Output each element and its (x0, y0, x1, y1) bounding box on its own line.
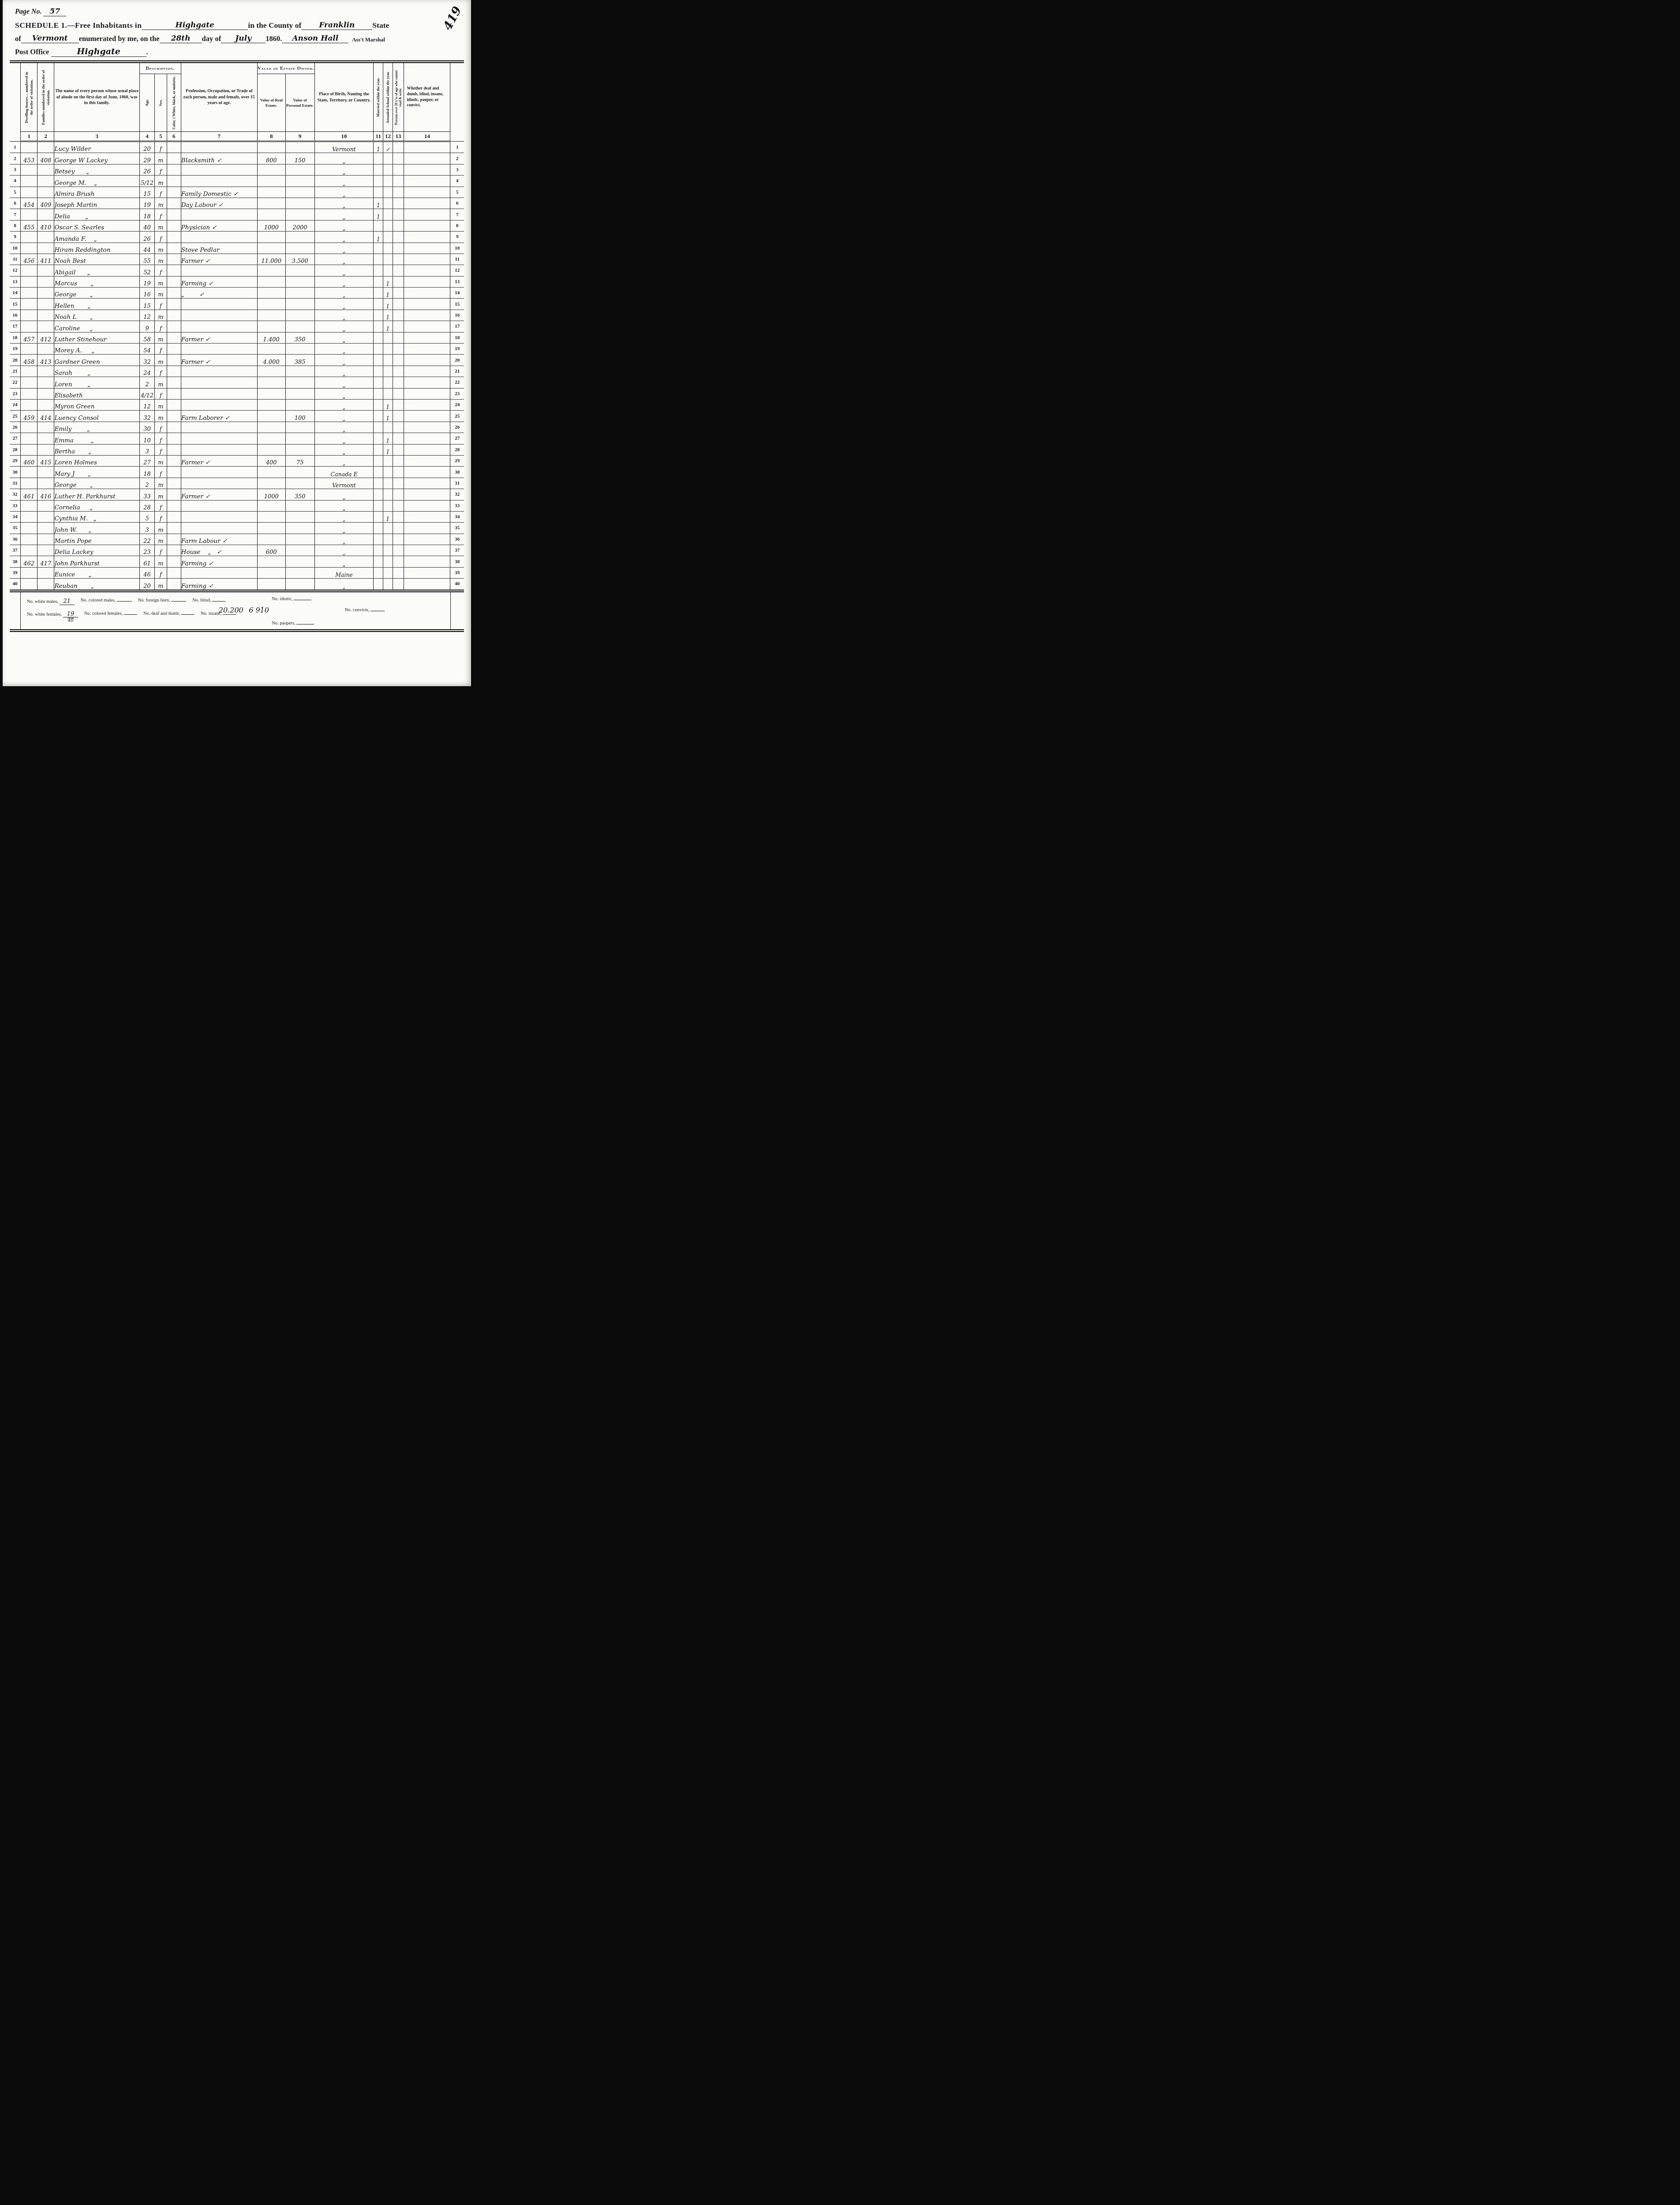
cell-color (167, 399, 181, 410)
cell-married-within-year (374, 265, 383, 276)
row-number-left: 21 (10, 366, 21, 377)
page-no-value: 57 (43, 7, 66, 16)
col-header-cannot-read: Persons over 20 y'rs of age who cannot r… (393, 62, 404, 132)
row-number-right: 38 (450, 556, 464, 567)
cell-birthplace: Maine (314, 567, 374, 578)
cell-birthplace: „ (314, 579, 374, 591)
table-row: 14 George „ 16 m „ ✓ „ 1 14 (10, 288, 464, 299)
cell-birthplace: „ (314, 209, 374, 220)
row-number-left: 27 (10, 433, 21, 444)
cell-color (167, 567, 181, 578)
cell-remarks (404, 556, 450, 567)
cell-married-within-year (374, 164, 383, 175)
cell-family-number (37, 567, 54, 578)
row-number-left: 22 (10, 377, 21, 388)
cell-attended-school (383, 164, 393, 175)
cell-dwelling-number: 457 (21, 332, 37, 343)
cell-real-estate-value: 11.000 (257, 254, 285, 265)
cell-family-number (37, 209, 54, 220)
persons-total-value: 40 (67, 618, 73, 623)
state-value: Vermont (21, 34, 79, 43)
day-value: 28th (160, 34, 202, 43)
cell-person-name: Cornelia „ (54, 500, 140, 511)
cell-age: 20 (140, 142, 155, 153)
cell-married-within-year (374, 377, 383, 388)
cell-cannot-read-write (393, 579, 404, 591)
cell-color (167, 511, 181, 522)
census-document-paper: 419 Page No. 57 SCHEDULE 1.—Free Inhabit… (3, 0, 471, 686)
cell-birthplace: „ (314, 220, 374, 231)
row-number-left: 11 (10, 254, 21, 265)
cell-sex: m (155, 478, 167, 489)
cell-person-name: Morey A. „ (54, 344, 140, 355)
cell-sex: m (155, 310, 167, 321)
cell-married-within-year (374, 220, 383, 231)
cell-sex: f (155, 142, 167, 153)
cell-real-estate-value: 800 (257, 153, 285, 164)
row-number-right: 37 (450, 545, 464, 556)
cell-attended-school (383, 478, 393, 489)
cell-sex: f (155, 444, 167, 455)
cell-age: 26 (140, 164, 155, 175)
cell-person-name: Gardner Green (54, 355, 140, 366)
col-header-age: Age. (140, 74, 155, 132)
cell-dwelling-number (21, 579, 37, 591)
row-number-right: 12 (450, 265, 464, 276)
row-number-right: 4 (450, 176, 464, 187)
cell-birthplace: „ (314, 433, 374, 444)
deaf-dumb-label: No. deaf and dumb, (143, 611, 180, 616)
cell-occupation (181, 433, 257, 444)
cell-family-number: 410 (37, 220, 54, 231)
cell-dwelling-number (21, 299, 37, 310)
cell-sex: m (155, 455, 167, 466)
cell-birthplace: „ (314, 534, 374, 545)
cell-married-within-year: 1 (374, 209, 383, 220)
cell-remarks (404, 164, 450, 175)
cell-sex: f (155, 164, 167, 175)
cell-married-within-year (374, 355, 383, 366)
cell-personal-estate-value: 2000 (285, 220, 314, 231)
cell-dwelling-number (21, 545, 37, 556)
row-number-right: 9 (450, 232, 464, 243)
cell-person-name: Loren Holmes (54, 455, 140, 466)
foreign-born-label: No. foreign born, (138, 598, 170, 603)
cell-age: 3 (140, 523, 155, 534)
cell-color (167, 209, 181, 220)
cell-real-estate-value (257, 265, 285, 276)
cell-occupation: Farmer ✓ (181, 489, 257, 500)
cell-married-within-year (374, 489, 383, 500)
post-office-value: Highgate (51, 47, 146, 57)
cell-personal-estate-value (285, 567, 314, 578)
cell-person-name: George M. „ (54, 176, 140, 187)
cell-real-estate-value (257, 276, 285, 287)
cell-married-within-year (374, 567, 383, 578)
cell-remarks (404, 243, 450, 254)
schedule-label: SCHEDULE 1.—Free Inhabitants in (15, 21, 142, 30)
colored-females-label: No. colored females, (84, 611, 123, 616)
cell-dwelling-number (21, 265, 37, 276)
cell-person-name: George „ (54, 288, 140, 299)
cell-person-name: Noah L „ (54, 310, 140, 321)
cell-dwelling-number (21, 500, 37, 511)
row-number-left: 3 (10, 164, 21, 175)
cell-attended-school (383, 355, 393, 366)
cell-family-number (37, 534, 54, 545)
row-number-left: 37 (10, 545, 21, 556)
cell-attended-school: 1 (383, 399, 393, 410)
cell-remarks (404, 332, 450, 343)
cell-occupation: House „ ✓ (181, 545, 257, 556)
col-no-3: 3 (54, 132, 140, 142)
cell-person-name: Emma „ (54, 433, 140, 444)
cell-sex: f (155, 388, 167, 399)
cell-sex: m (155, 534, 167, 545)
cell-personal-estate-value (285, 344, 314, 355)
row-number-right: 32 (450, 489, 464, 500)
cell-birthplace: „ (314, 511, 374, 522)
cell-real-estate-value (257, 467, 285, 478)
white-males-label: No. white males, (27, 599, 58, 604)
cell-birthplace: „ (314, 355, 374, 366)
cell-remarks (404, 142, 450, 153)
cell-age: 12 (140, 399, 155, 410)
cell-personal-estate-value: 350 (285, 332, 314, 343)
row-number-right: 24 (450, 399, 464, 410)
cell-dwelling-number (21, 310, 37, 321)
cell-dwelling-number: 456 (21, 254, 37, 265)
cell-remarks (404, 500, 450, 511)
cell-cannot-read-write (393, 254, 404, 265)
cell-real-estate-value (257, 511, 285, 522)
cell-sex: m (155, 276, 167, 287)
cell-personal-estate-value (285, 209, 314, 220)
cell-occupation (181, 344, 257, 355)
cell-family-number: 417 (37, 556, 54, 567)
cell-personal-estate-value: 385 (285, 355, 314, 366)
cell-married-within-year (374, 556, 383, 567)
cell-attended-school: 1 (383, 433, 393, 444)
cell-remarks (404, 276, 450, 287)
cell-occupation: Stove Pedlar (181, 243, 257, 254)
cell-occupation (181, 444, 257, 455)
cell-age: 9 (140, 321, 155, 332)
cell-remarks (404, 467, 450, 478)
cell-attended-school: 1 (383, 276, 393, 287)
header-right-gutter (450, 62, 464, 142)
cell-attended-school (383, 254, 393, 265)
cell-family-number (37, 232, 54, 243)
cell-person-name: Luther H. Parkhurst (54, 489, 140, 500)
cell-sex: f (155, 265, 167, 276)
cell-color (167, 455, 181, 466)
cell-person-name: Abigail „ (54, 265, 140, 276)
row-number-left: 18 (10, 332, 21, 343)
col-header-married: Married within the year. (374, 62, 383, 132)
cell-personal-estate-value (285, 478, 314, 489)
col-no-8: 8 (257, 132, 285, 142)
cell-personal-estate-value (285, 399, 314, 410)
cell-cannot-read-write (393, 209, 404, 220)
cell-married-within-year (374, 176, 383, 187)
cell-cannot-read-write (393, 243, 404, 254)
cell-dwelling-number (21, 511, 37, 522)
cell-married-within-year (374, 467, 383, 478)
cell-family-number (37, 523, 54, 534)
cell-color (167, 288, 181, 299)
cell-married-within-year (374, 545, 383, 556)
row-number-left: 28 (10, 444, 21, 455)
cell-remarks (404, 254, 450, 265)
cell-sex: f (155, 467, 167, 478)
row-number-left: 32 (10, 489, 21, 500)
cell-birthplace: „ (314, 455, 374, 466)
row-number-right: 39 (450, 567, 464, 578)
cell-married-within-year (374, 478, 383, 489)
cell-person-name: Emily „ (54, 422, 140, 433)
cell-sex: m (155, 556, 167, 567)
cell-color (167, 187, 181, 198)
cell-age: 10 (140, 433, 155, 444)
cell-dwelling-number (21, 232, 37, 243)
cell-attended-school (383, 422, 393, 433)
cell-family-number (37, 579, 54, 591)
cell-personal-estate-value (285, 310, 314, 321)
cell-married-within-year (374, 388, 383, 399)
row-number-right: 3 (450, 164, 464, 175)
cell-color (167, 232, 181, 243)
blind-label: No. blind, (192, 598, 211, 603)
cell-real-estate-value (257, 478, 285, 489)
cell-occupation: Farming ✓ (181, 556, 257, 567)
cell-remarks (404, 511, 450, 522)
cell-attended-school (383, 220, 393, 231)
cell-sex: f (155, 545, 167, 556)
row-number-right: 5 (450, 187, 464, 198)
cell-occupation (181, 366, 257, 377)
cell-cannot-read-write (393, 220, 404, 231)
cell-sex: m (155, 411, 167, 422)
cell-color (167, 310, 181, 321)
cell-personal-estate-value (285, 422, 314, 433)
table-row: 10 Hiram Reddington 44 m Stove Pedlar „ … (10, 243, 464, 254)
cell-color (167, 523, 181, 534)
cell-birthplace: „ (314, 310, 374, 321)
col-no-6: 6 (167, 132, 181, 142)
table-row: 30 Mary J „ 18 f Canada E 30 (10, 467, 464, 478)
cell-occupation: Farm Labour ✓ (181, 534, 257, 545)
cell-occupation: Day Labour ✓ (181, 198, 257, 209)
cell-married-within-year (374, 187, 383, 198)
cell-cannot-read-write (393, 355, 404, 366)
cell-remarks (404, 321, 450, 332)
row-number-left: 31 (10, 478, 21, 489)
cell-attended-school (383, 556, 393, 567)
cell-family-number (37, 187, 54, 198)
row-number-right: 27 (450, 433, 464, 444)
row-number-left: 25 (10, 411, 21, 422)
table-row: 36 Martin Pope 22 m Farm Labour ✓ „ 36 (10, 534, 464, 545)
cell-color (167, 478, 181, 489)
cell-occupation: „ ✓ (181, 288, 257, 299)
marshal-title-label: Ass't Marshal (352, 37, 385, 43)
cell-remarks (404, 176, 450, 187)
table-row: 34 Cynthia M. „ 5 f „ 1 34 (10, 511, 464, 522)
cell-real-estate-value (257, 344, 285, 355)
cell-occupation: Physician ✓ (181, 220, 257, 231)
cell-family-number (37, 265, 54, 276)
cell-married-within-year: 1 (374, 142, 383, 153)
cell-dwelling-number (21, 567, 37, 578)
cell-married-within-year (374, 511, 383, 522)
table-row: 15 Hellen „ 15 f „ 1 15 (10, 299, 464, 310)
cell-age: 44 (140, 243, 155, 254)
cell-age: 22 (140, 534, 155, 545)
post-office-period: . (146, 48, 148, 56)
cell-real-estate-value (257, 164, 285, 175)
row-number-right: 30 (450, 467, 464, 478)
cell-personal-estate-value: 100 (285, 411, 314, 422)
convicts-value (370, 611, 385, 611)
col-no-7: 7 (181, 132, 257, 142)
cell-sex: f (155, 232, 167, 243)
cell-remarks (404, 355, 450, 366)
cell-cannot-read-write (393, 198, 404, 209)
cell-color (167, 220, 181, 231)
cell-cannot-read-write (393, 467, 404, 478)
cell-married-within-year (374, 422, 383, 433)
cell-married-within-year (374, 444, 383, 455)
idiotic-value (294, 600, 311, 600)
cell-sex: m (155, 254, 167, 265)
col-header-name: The name of every person whose usual pla… (54, 62, 140, 132)
cell-personal-estate-value (285, 523, 314, 534)
cell-sex: f (155, 299, 167, 310)
table-row: 17 Caroline „ 9 f „ 1 17 (10, 321, 464, 332)
cell-age: 20 (140, 579, 155, 591)
col-header-occupation: Profession, Occupation, or Trade of each… (181, 62, 257, 132)
row-number-right: 8 (450, 220, 464, 231)
cell-birthplace: „ (314, 254, 374, 265)
cell-person-name: Luther Stinehour (54, 332, 140, 343)
table-row: 31 George „ 2 m Vermont 31 (10, 478, 464, 489)
cell-occupation (181, 399, 257, 410)
cell-real-estate-value (257, 567, 285, 578)
table-row: 20 458 413 Gardner Green 32 m Farmer ✓ 4… (10, 355, 464, 366)
cell-color (167, 377, 181, 388)
row-number-right: 13 (450, 276, 464, 287)
row-number-right: 11 (450, 254, 464, 265)
cell-dwelling-number: 455 (21, 220, 37, 231)
cell-cannot-read-write (393, 176, 404, 187)
cell-personal-estate-value (285, 366, 314, 377)
table-row: 32 461 416 Luther H. Parkhurst 33 m Farm… (10, 489, 464, 500)
cell-occupation (181, 310, 257, 321)
cell-family-number (37, 310, 54, 321)
cell-married-within-year (374, 500, 383, 511)
row-number-left: 8 (10, 220, 21, 231)
cell-color (167, 153, 181, 164)
cell-remarks (404, 288, 450, 299)
table-row: 13 Marcus „ 19 m Farming ✓ „ 1 13 (10, 276, 464, 287)
cell-occupation (181, 567, 257, 578)
row-number-right: 17 (450, 321, 464, 332)
county-value: Franklin (301, 21, 372, 30)
cell-remarks (404, 299, 450, 310)
cell-occupation (181, 478, 257, 489)
col-no-9: 9 (285, 132, 314, 142)
cell-remarks (404, 478, 450, 489)
cell-real-estate-value (257, 556, 285, 567)
row-number-left: 19 (10, 344, 21, 355)
cell-personal-estate-value (285, 433, 314, 444)
cell-family-number (37, 142, 54, 153)
cell-person-name: George „ (54, 478, 140, 489)
cell-birthplace: „ (314, 344, 374, 355)
table-row: 8 455 410 Oscar S. Searles 40 m Physicia… (10, 220, 464, 231)
footer-mid-labels: No. idiotic, No. paupers, (272, 595, 345, 626)
cell-remarks (404, 545, 450, 556)
page-number-line: Page No. 57 (15, 7, 456, 16)
cell-birthplace: „ (314, 399, 374, 410)
cell-remarks (404, 399, 450, 410)
table-row: 22 Loren „ 2 m „ 22 (10, 377, 464, 388)
cell-married-within-year (374, 276, 383, 287)
row-number-left: 4 (10, 176, 21, 187)
row-number-right: 6 (450, 198, 464, 209)
row-number-left: 13 (10, 276, 21, 287)
cell-sex: f (155, 344, 167, 355)
cell-attended-school: 1 (383, 511, 393, 522)
cell-occupation (181, 523, 257, 534)
cell-age: 61 (140, 556, 155, 567)
row-number-left: 2 (10, 153, 21, 164)
row-number-right: 40 (450, 579, 464, 591)
col-no-10: 10 (314, 132, 374, 142)
cell-person-name: Delia Lackey (54, 545, 140, 556)
row-number-right: 10 (450, 243, 464, 254)
cell-birthplace: Vermont (314, 478, 374, 489)
cell-real-estate-value (257, 534, 285, 545)
cell-age: 32 (140, 411, 155, 422)
cell-dwelling-number (21, 164, 37, 175)
cell-personal-estate-value (285, 377, 314, 388)
cell-sex: f (155, 500, 167, 511)
cell-married-within-year (374, 288, 383, 299)
cell-color (167, 164, 181, 175)
schedule-title-line: SCHEDULE 1.—Free Inhabitants in Highgate… (15, 21, 456, 30)
cell-person-name: Noah Best (54, 254, 140, 265)
col-header-remarks: Whether deaf and dumb, blind, insane, id… (404, 62, 450, 132)
cell-personal-estate-value (285, 388, 314, 399)
cell-cannot-read-write (393, 388, 404, 399)
row-number-left: 9 (10, 232, 21, 243)
table-row: 35 John W. „ 3 m „ 35 (10, 523, 464, 534)
row-number-left: 17 (10, 321, 21, 332)
place-value: Highgate (142, 21, 248, 30)
cell-dwelling-number (21, 534, 37, 545)
cell-person-name: John Parkhurst (54, 556, 140, 567)
cell-attended-school (383, 534, 393, 545)
enumerated-label: enumerated by me, on the (79, 34, 160, 43)
row-number-left: 34 (10, 511, 21, 522)
footer-right-labels: No. convicts, (345, 595, 414, 626)
table-row: 29 460 415 Loren Holmes 27 m Farmer ✓ 40… (10, 455, 464, 466)
cell-family-number (37, 500, 54, 511)
cell-real-estate-value (257, 579, 285, 591)
cell-real-estate-value (257, 388, 285, 399)
